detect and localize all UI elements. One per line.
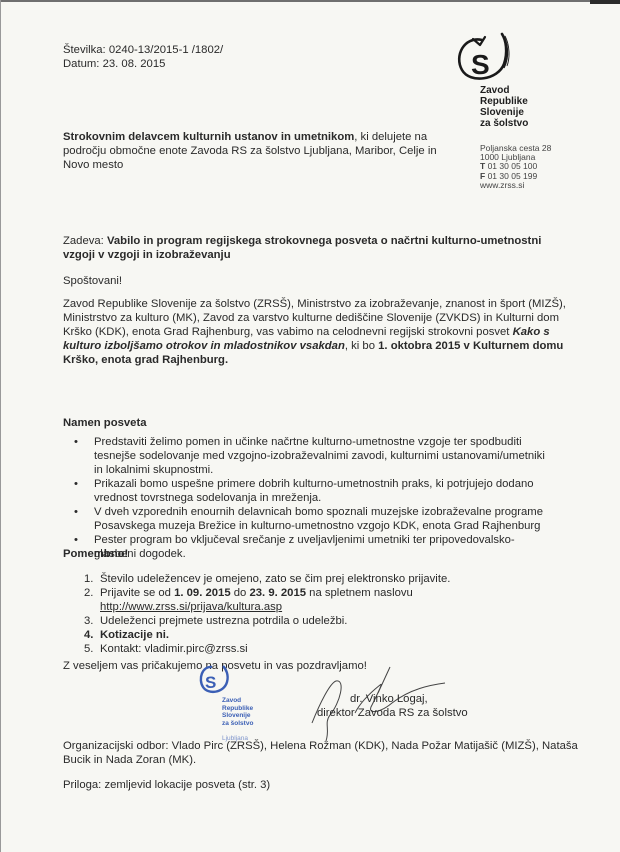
date-value: 23. 08. 2015 [103,58,166,70]
number-value: 0240-13/2015-1 /1802/ [109,44,223,56]
purpose-item: •V dveh vzporednih enournih delavnicah b… [72,505,552,533]
institution-name-line: Slovenije [480,107,528,118]
subject-label: Zadeva: [63,235,104,247]
purpose-item-text: V dveh vzporednih enournih delavnicah bo… [94,506,543,532]
zrss-s-logo-icon: S [452,28,516,84]
bullet-icon: • [74,533,78,547]
purpose-item: •Predstaviti želimo pomen in učinke načr… [72,435,552,477]
item-number: 3. [84,614,93,628]
institution-address: Poljanska cesta 28 1000 Ljubljana T 01 3… [480,144,551,190]
purpose-list: •Predstaviti želimo pomen in učinke načr… [72,435,552,561]
date-label: Datum: [63,58,99,70]
item-number: 4. [84,628,93,642]
contact-text: Kontakt: vladimir.pirc@zrss.si [100,643,248,655]
important-item-text: do [231,587,250,599]
bullet-icon: • [74,477,78,491]
scan-top-edge [0,0,620,2]
subject-text: Vabilo in program regijskega strokovnega… [63,235,541,261]
institution-name-line: za šolstvo [480,118,528,129]
attachment-note: Priloga: zemljevid lokacije posveta (str… [63,778,270,792]
signatory-title: direktor Zavoda RS za šolstvo [317,706,468,720]
stamp-line: Republike [222,705,253,713]
stamp-line: za šolstvo [222,720,253,728]
subject-line: Zadeva: Vabilo in program regijskega str… [63,234,573,262]
purpose-item: •Pester program bo vključeval srečanje z… [72,533,552,561]
reference-number: Številka: 0240-13/2015-1 /1802/ [63,43,223,57]
signature-block: dr. Vinko Logaj, [344,692,484,706]
stamp-line: Zavod [222,697,253,705]
purpose-item-text: Pester program bo vključeval srečanje z … [94,534,515,560]
svg-text:S: S [471,49,490,80]
scan-left-edge [0,0,1,852]
website-link[interactable]: www.zrss.si [480,181,551,190]
registration-end: 23. 9. 2015 [249,587,306,599]
intro-text-2: , ki bo [345,340,378,352]
important-item: 4.Kotizacije ni. [84,628,524,642]
reference-date: Datum: 23. 08. 2015 [63,57,223,71]
item-number: 1. [84,572,93,586]
number-label: Številka: [63,44,106,56]
institution-name: Zavod Republike Slovenije za šolstvo [480,85,528,129]
letter-reference: Številka: 0240-13/2015-1 /1802/ Datum: 2… [63,43,223,71]
bullet-icon: • [74,505,78,519]
stamp-text: Zavod Republike Slovenije za šolstvo [222,697,253,727]
important-item-text: Udeleženci prejmete ustrezna potrdila o … [100,615,347,627]
registration-start: 1. 09. 2015 [174,587,231,599]
item-number: 2. [84,586,93,600]
intro-paragraph: Zavod Republike Slovenije za šolstvo (ZR… [63,297,571,367]
signatory-name: dr. Vinko Logaj, [344,692,484,706]
important-item-text: Kotizacije ni. [100,629,169,641]
svg-text:S: S [205,673,216,692]
purpose-heading: Namen posveta [63,416,147,430]
scan-corner [590,0,620,4]
important-item: 5.Kontakt: vladimir.pirc@zrss.si [84,642,524,656]
institution-name-line: Republike [480,96,528,107]
important-item-text: Število udeležencev je omejeno, zato se … [100,573,450,585]
stamp-line: Slovenije [222,712,253,720]
important-item: 1.Število udeležencev je omejeno, zato s… [84,572,524,586]
important-item-text: Prijavite se od [100,587,174,599]
item-number: 5. [84,642,93,656]
institution-name-line: Zavod [480,85,528,96]
registration-link[interactable]: http://www.zrss.si/prijava/kultura.asp [100,601,282,613]
bullet-icon: • [74,435,78,449]
important-list: 1.Število udeležencev je omejeno, zato s… [84,572,524,656]
purpose-item: •Prikazali bomo uspešne primere dobrih k… [72,477,552,505]
important-item: 3.Udeleženci prejmete ustrezna potrdila … [84,614,524,628]
intro-text: Zavod Republike Slovenije za šolstvo (ZR… [63,298,566,338]
recipient-bold: Strokovnim delavcem kulturnih ustanov in… [63,131,354,143]
purpose-item-text: Prikazali bomo uspešne primere dobrih ku… [94,478,534,504]
stamp-logo-icon: S [196,663,230,695]
purpose-item-text: Predstaviti želimo pomen in učinke načrt… [94,436,545,476]
important-item: 2.Prijavite se od 1. 09. 2015 do 23. 9. … [84,586,524,614]
important-item-text: na spletnem naslovu [306,587,413,599]
important-heading: Pomembno! [63,547,128,561]
organizing-committee: Organizacijski odbor: Vlado Pirc (ZRSŠ),… [63,739,583,767]
greeting: Spoštovani! [63,274,122,288]
recipient-block: Strokovnim delavcem kulturnih ustanov in… [63,130,438,172]
